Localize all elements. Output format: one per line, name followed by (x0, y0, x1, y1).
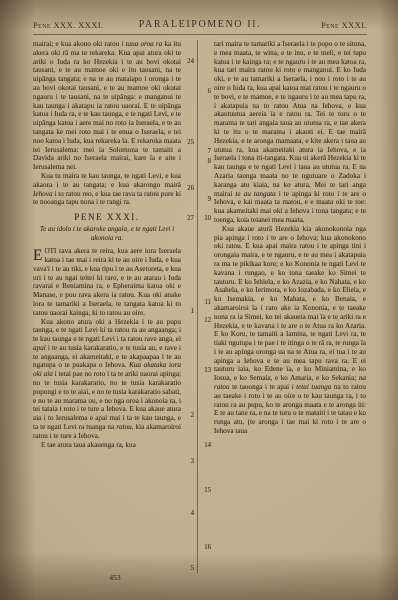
verse-number: 27 (187, 215, 194, 223)
verse-number: 9 (200, 196, 211, 204)
verse-number: 15 (200, 487, 211, 495)
verse-number: 12 (200, 317, 211, 325)
verse-number: 1 (191, 308, 194, 316)
verse-number: 26 (187, 185, 194, 193)
verse-number: 16 (200, 544, 211, 552)
verse-number: 13 (200, 367, 211, 375)
left-column-verse-numbers: 2425262712345 (33, 40, 197, 573)
running-header: Pene XXX. XXXI. PARALEIPOMENO II. Pene X… (33, 20, 367, 32)
verse-number: 7 (200, 148, 211, 156)
header-rule (33, 34, 367, 35)
left-column: mairai; e kua akono oki ratou i taua oro… (33, 40, 197, 573)
right-column-verse-numbers: 678910111213141516 (200, 40, 368, 573)
verse-number: 6 (200, 88, 211, 96)
verse-number: 10 (200, 215, 211, 223)
verse-number: 14 (200, 442, 211, 450)
verse-number: 8 (200, 158, 211, 166)
verse-number: 2 (191, 412, 194, 420)
verse-number: 3 (191, 458, 194, 466)
verse-number: 11 (200, 299, 211, 307)
header-right-page-title: Pene XXXI. (321, 20, 367, 30)
verse-number: 5 (191, 565, 194, 573)
header-book-title: PARALEIPOMENO II. (33, 19, 367, 30)
page-number: 453 (33, 573, 197, 582)
right-column: tari maira te tamariki a Iseraela i te p… (200, 40, 368, 573)
verse-number: 24 (187, 58, 194, 66)
column-divider-rule (197, 40, 198, 573)
book-page-photo: Pene XXX. XXXI. PARALEIPOMENO II. Pene X… (0, 0, 398, 600)
verse-number: 4 (191, 510, 194, 518)
verse-number: 25 (187, 139, 194, 147)
